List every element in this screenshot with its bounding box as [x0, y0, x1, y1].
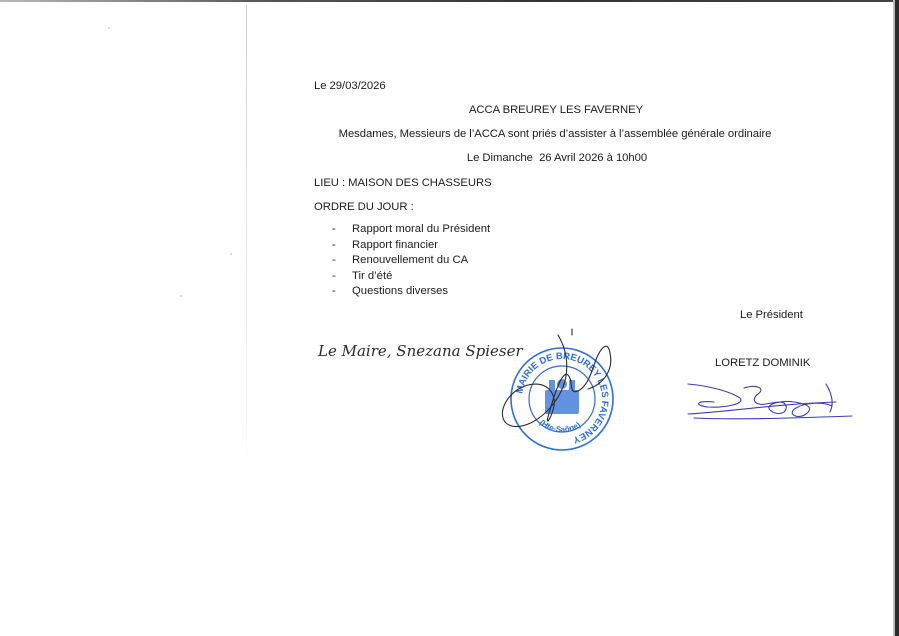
invitation-text: Mesdames, Messieurs de l’ACCA sont priés…: [339, 128, 772, 140]
bullet-dash: -: [332, 270, 336, 282]
president-signature: [686, 380, 856, 425]
location-line: LIEU : MAISON DES CHASSEURS: [314, 177, 492, 189]
date-line: Le 29/03/2026: [314, 80, 386, 92]
bullet-dash: -: [332, 223, 336, 235]
bullet-dash: -: [332, 285, 336, 297]
scan-speck: [108, 27, 110, 29]
handwritten-mayor-note: Le Maire, Snezana Spieser: [318, 332, 528, 372]
agenda-item-label: Questions diverses: [352, 285, 448, 297]
meeting-datetime: Le Dimanche 26 Avril 2026 à 10h00: [467, 152, 647, 164]
handwritten-text: Le Maire, Snezana Spieser: [317, 342, 523, 360]
signatory-role: Le Président: [740, 309, 803, 321]
paper-fold-line: [246, 5, 247, 455]
mayor-signature: [498, 325, 628, 435]
scan-speck: [180, 295, 182, 297]
bullet-dash: -: [332, 239, 336, 251]
agenda-item-label: Renouvellement du CA: [352, 254, 468, 266]
scan-edge-right: [895, 0, 899, 636]
bullet-dash: -: [332, 254, 336, 266]
scan-speck: [230, 253, 232, 255]
organization-title: ACCA BREUREY LES FAVERNEY: [469, 104, 643, 116]
agenda-item-label: Tir d’été: [352, 270, 392, 282]
agenda-item-label: Rapport financier: [352, 239, 438, 251]
scan-edge-top: [0, 0, 899, 2]
agenda-item-label: Rapport moral du Président: [352, 223, 490, 235]
signatory-name: LORETZ DOMINIK: [715, 357, 810, 369]
agenda-heading: ORDRE DU JOUR :: [314, 201, 414, 213]
